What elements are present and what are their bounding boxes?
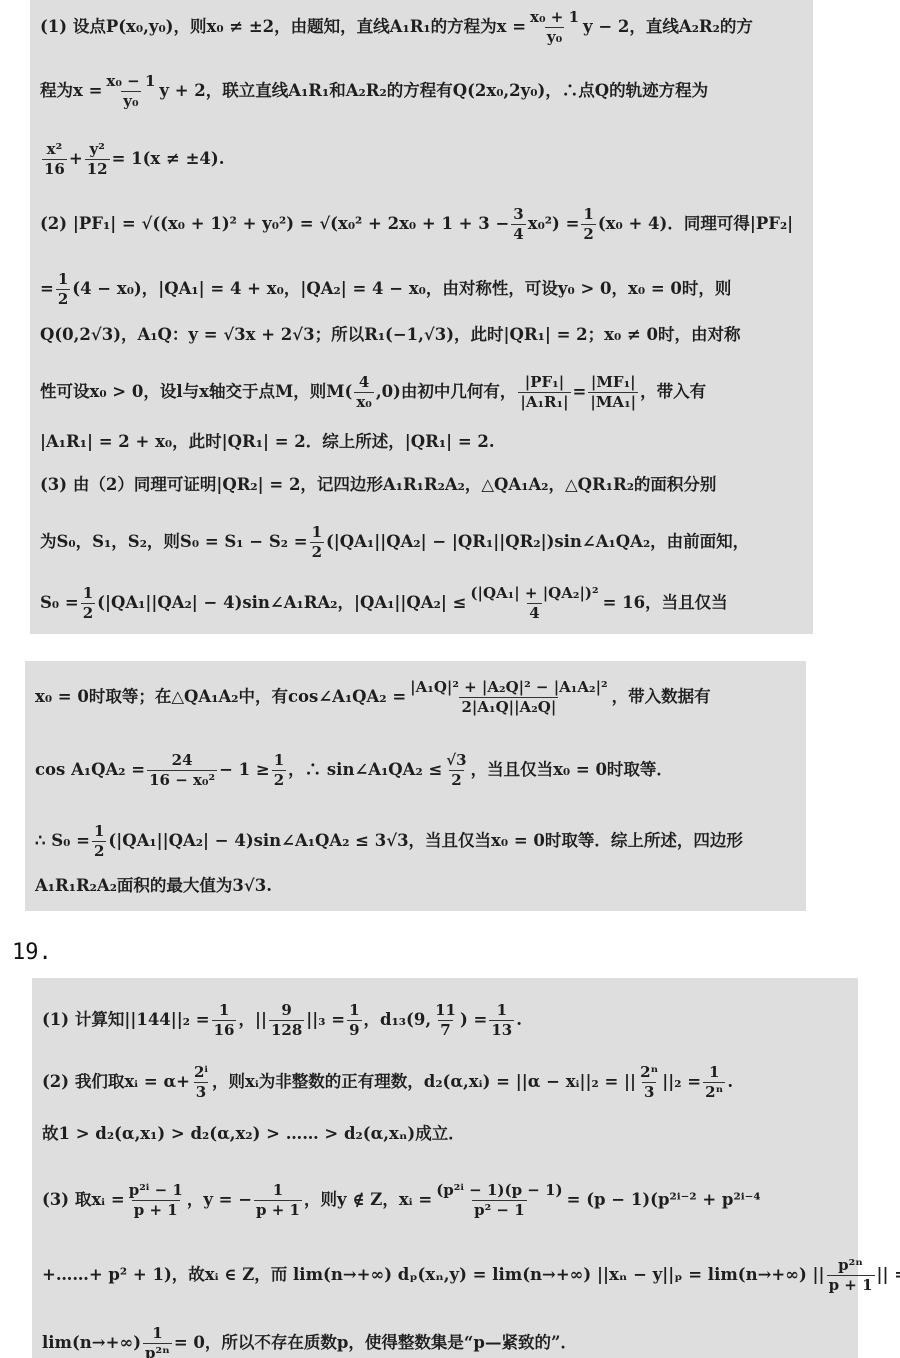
math-text: (2) 我们取xᵢ = α+	[42, 1074, 190, 1091]
fraction-numerator: (p²ⁱ − 1)(p − 1)	[434, 1183, 564, 1200]
fraction-numerator: 1	[150, 1326, 164, 1343]
fraction: x₀ − 1y₀	[104, 74, 157, 109]
solution-panel-18-part2: x₀ = 0时取等；在△QA₁A₂中，有cos∠A₁QA₂ = |A₁Q|² +…	[25, 661, 806, 911]
solution-line: ∴ S₀ = 12(|QA₁||QA₂| − 4)sin∠A₁QA₂ ≤ 3√3…	[35, 824, 743, 859]
fraction-numerator: 1	[56, 272, 70, 289]
math-text: S₀ =	[40, 595, 79, 612]
math-text: (1) 计算知||144||₂ =	[42, 1012, 210, 1029]
math-text: x₀²) =	[528, 216, 580, 233]
math-text: (3) 由（2）同理可证明|QR₂| = 2，记四边形A₁R₁R₂A₂，△QA₁…	[40, 477, 716, 494]
fraction: 12	[272, 753, 286, 788]
fraction-denominator: |MA₁|	[588, 392, 638, 410]
fraction: |MF₁||MA₁|	[588, 375, 638, 410]
fraction-denominator: 2	[81, 603, 95, 621]
question-number-label: 19.	[12, 940, 52, 965]
fraction-denominator: 2ⁿ	[703, 1082, 725, 1100]
fraction-denominator: 12	[85, 159, 110, 177]
math-text: ，||	[238, 1012, 267, 1029]
fraction-denominator: 2	[449, 770, 463, 788]
fraction-denominator: |A₁R₁|	[518, 392, 570, 410]
math-text: || =	[877, 1267, 900, 1284]
math-text: =	[40, 281, 54, 298]
math-text: (|QA₁||QA₂| − |QR₁||QR₂|)sin∠A₁QA₂，由前面知，	[326, 534, 749, 551]
math-text: ||₂ =	[662, 1074, 701, 1091]
fraction: 1p + 1	[254, 1183, 302, 1218]
fraction: y²12	[85, 142, 110, 177]
fraction-numerator: 1	[217, 1003, 231, 1020]
fraction-numerator: p²ⁿ	[836, 1258, 865, 1275]
fraction: 117	[433, 1003, 458, 1038]
fraction: 1p²ⁿ	[143, 1326, 172, 1358]
solution-line: 故1 > d₂(α,x₁) > d₂(α,x₂) > …… > d₂(α,xₙ)…	[42, 1126, 465, 1143]
fraction-denominator: x₀	[354, 392, 374, 410]
fraction-denominator: 9	[347, 1020, 361, 1038]
solution-line: (2) 我们取xᵢ = α+2ⁱ3，则xᵢ为非整数的正有理数，d₂(α,xᵢ) …	[42, 1065, 733, 1100]
fraction: (|QA₁| + |QA₂|)²4	[468, 586, 600, 621]
fraction: 12ⁿ	[703, 1065, 725, 1100]
fraction-denominator: 16	[212, 1020, 237, 1038]
solution-line: cos A₁QA₂ = 2416 − x₀² − 1 ≥ 12，∴ sin∠A₁…	[35, 753, 673, 788]
fraction-denominator: 3	[194, 1082, 208, 1100]
math-text: y − 2，直线A₂R₂的方	[583, 19, 753, 36]
math-text: ||₃ =	[306, 1012, 345, 1029]
fraction-denominator: 2	[92, 841, 106, 859]
solution-panel-19: (1) 计算知||144||₂ = 116，||9128||₃ = 19，d₁₃…	[32, 978, 858, 1358]
fraction-numerator: 1	[271, 1183, 285, 1200]
fraction-denominator: 3	[642, 1082, 656, 1100]
solution-line: 程为x = x₀ − 1y₀y + 2，联立直线A₁R₁和A₂R₂的方程有Q(2…	[40, 74, 708, 109]
fraction-numerator: 9	[279, 1003, 293, 1020]
math-text: = 16，当且仅当	[603, 595, 728, 612]
solution-line: x₀ = 0时取等；在△QA₁A₂中，有cos∠A₁QA₂ = |A₁Q|² +…	[35, 680, 711, 715]
math-text: cos A₁QA₂ =	[35, 762, 145, 779]
fraction-denominator: 2|A₁Q||A₂Q|	[459, 697, 558, 715]
fraction: 34	[511, 207, 525, 242]
math-text: x₀ = 0时取等；在△QA₁A₂中，有cos∠A₁QA₂ =	[35, 689, 406, 706]
fraction-numerator: x²	[45, 142, 65, 159]
math-text: (3) 取xᵢ =	[42, 1192, 125, 1209]
math-text: lim(n→+∞)	[42, 1335, 141, 1352]
solution-line: x²16 + y²12 = 1(x ≠ ±4).	[40, 142, 224, 177]
fraction-numerator: 2ⁱ	[192, 1065, 210, 1082]
math-text: .	[516, 1012, 522, 1029]
fraction-numerator: 1	[92, 824, 106, 841]
fraction-denominator: p² − 1	[472, 1200, 527, 1218]
fraction-denominator: 2	[272, 770, 286, 788]
solution-line: (2) |PF₁| = √((x₀ + 1)² + y₀²) = √(x₀² +…	[40, 207, 793, 242]
math-text: Q(0,2√3)，A₁Q：y = √3x + 2√3；所以R₁(−1,√3)，此…	[40, 327, 741, 344]
fraction: √32	[444, 753, 468, 788]
fraction: 19	[347, 1003, 361, 1038]
fraction: |A₁Q|² + |A₂Q|² − |A₁A₂|²2|A₁Q||A₂Q|	[408, 680, 609, 715]
math-text: (|QA₁||QA₂| − 4)sin∠A₁QA₂ ≤ 3√3，当且仅当x₀ =…	[108, 833, 743, 850]
solution-line: (1) 设点P(x₀,y₀)，则x₀ ≠ ±2，由题知，直线A₁R₁的方程为x …	[40, 10, 753, 45]
math-text: .	[727, 1074, 733, 1091]
fraction-numerator: x₀ + 1	[528, 10, 581, 27]
fraction: |PF₁||A₁R₁|	[518, 375, 570, 410]
math-text: (x₀ + 4)．同理可得|PF₂|	[598, 216, 793, 233]
fraction: x₀ + 1y₀	[528, 10, 581, 45]
solution-line: Q(0,2√3)，A₁Q：y = √3x + 2√3；所以R₁(−1,√3)，此…	[40, 327, 741, 344]
math-text: A₁R₁R₂A₂面积的最大值为3√3.	[35, 878, 272, 895]
math-text: (2) |PF₁| = √((x₀ + 1)² + y₀²) = √(x₀² +…	[40, 216, 509, 233]
fraction-denominator: p + 1	[132, 1200, 180, 1218]
fraction-denominator: 4	[527, 603, 541, 621]
fraction: 12	[56, 272, 70, 307]
fraction-numerator: |MF₁|	[589, 375, 638, 392]
math-text: +	[69, 151, 83, 168]
math-text: (4 − x₀)，|QA₁| = 4 + x₀，|QA₂| = 4 − x₀，由…	[72, 281, 731, 298]
solution-line: 性可设x₀ > 0，设l与x轴交于点M，则M(4x₀,0)由初中几何有，|PF₁…	[40, 375, 706, 410]
fraction-numerator: 1	[81, 586, 95, 603]
solution-panel-18-part1: (1) 设点P(x₀,y₀)，则x₀ ≠ ±2，由题知，直线A₁R₁的方程为x …	[30, 0, 813, 634]
fraction-denominator: 4	[511, 224, 525, 242]
fraction-numerator: |PF₁|	[523, 375, 566, 392]
solution-line: +……+ p² + 1)，故xᵢ ∈ Z，而 lim(n→+∞) dₚ(xₙ,y…	[42, 1258, 900, 1293]
fraction-denominator: 2	[310, 542, 324, 560]
fraction: 9128	[269, 1003, 304, 1038]
math-text: ，y = −	[187, 1192, 252, 1209]
fraction-denominator: 13	[489, 1020, 514, 1038]
fraction-numerator: 1	[707, 1065, 721, 1082]
fraction: x²16	[42, 142, 67, 177]
fraction-numerator: 1	[347, 1003, 361, 1020]
math-text: =	[573, 384, 587, 401]
math-text: |A₁R₁| = 2 + x₀，此时|QR₁| = 2．综上所述，|QR₁| =…	[40, 434, 495, 451]
fraction: 12	[581, 207, 595, 242]
fraction-numerator: 4	[357, 375, 371, 392]
fraction-numerator: p²ⁱ − 1	[127, 1183, 185, 1200]
fraction: 12	[92, 824, 106, 859]
math-text: − 1 ≥	[219, 762, 270, 779]
fraction-denominator: 2	[581, 224, 595, 242]
math-text: 故1 > d₂(α,x₁) > d₂(α,x₂) > …… > d₂(α,xₙ)…	[42, 1126, 465, 1143]
solution-line: (3) 由（2）同理可证明|QR₂| = 2，记四边形A₁R₁R₂A₂，△QA₁…	[40, 477, 716, 494]
fraction: 4x₀	[354, 375, 374, 410]
math-text: = 0，所以不存在质数p，使得整数集是“p—紧致的”．	[174, 1335, 577, 1352]
fraction-numerator: 2ⁿ	[638, 1065, 660, 1082]
fraction: 116	[212, 1003, 237, 1038]
math-text: ,0)由初中几何有，	[376, 384, 517, 401]
math-text: ，d₁₃(9,	[364, 1012, 432, 1029]
fraction: p²ⁱ − 1p + 1	[127, 1183, 185, 1218]
math-text: ) =	[460, 1012, 487, 1029]
fraction-numerator: x₀ − 1	[104, 74, 157, 91]
fraction-numerator: (|QA₁| + |QA₂|)²	[468, 586, 600, 603]
fraction-denominator: 16 − x₀²	[147, 770, 217, 788]
solution-line: = 12(4 − x₀)，|QA₁| = 4 + x₀，|QA₂| = 4 − …	[40, 272, 731, 307]
fraction: 113	[489, 1003, 514, 1038]
fraction-numerator: 1	[495, 1003, 509, 1020]
fraction-numerator: 11	[433, 1003, 458, 1020]
math-text: ，则xᵢ为非整数的正有理数，d₂(α,xᵢ) = ||α − xᵢ||₂ = |…	[212, 1074, 636, 1091]
fraction: 2ⁿ3	[638, 1065, 660, 1100]
solution-line: A₁R₁R₂A₂面积的最大值为3√3.	[35, 878, 272, 895]
fraction: 12	[81, 586, 95, 621]
fraction-denominator: 2	[56, 289, 70, 307]
fraction: 2ⁱ3	[192, 1065, 210, 1100]
fraction-numerator: y²	[87, 142, 106, 159]
fraction-denominator: p²ⁿ	[143, 1343, 172, 1358]
fraction: p²ⁿp + 1	[827, 1258, 875, 1293]
fraction-numerator: 24	[170, 753, 195, 770]
math-text: ，则y ∉ Z，xᵢ =	[304, 1192, 432, 1209]
fraction-denominator: 7	[438, 1020, 452, 1038]
solution-line: (1) 计算知||144||₂ = 116，||9128||₃ = 19，d₁₃…	[42, 1003, 522, 1038]
solution-line: lim(n→+∞) 1p²ⁿ = 0，所以不存在质数p，使得整数集是“p—紧致的…	[42, 1326, 577, 1358]
math-text: ，∴ sin∠A₁QA₂ ≤	[288, 762, 442, 779]
solution-line: |A₁R₁| = 2 + x₀，此时|QR₁| = 2．综上所述，|QR₁| =…	[40, 434, 495, 451]
fraction-denominator: 128	[269, 1020, 304, 1038]
math-text: ∴ S₀ =	[35, 833, 90, 850]
math-text: 性可设x₀ > 0，设l与x轴交于点M，则M(	[40, 384, 352, 401]
math-text: ，当且仅当x₀ = 0时取等．	[471, 762, 673, 779]
math-text: 程为x =	[40, 83, 102, 100]
fraction-numerator: |A₁Q|² + |A₂Q|² − |A₁A₂|²	[408, 680, 609, 697]
math-text: ，带入有	[640, 384, 706, 401]
fraction-denominator: 16	[42, 159, 67, 177]
math-text: = 1(x ≠ ±4).	[112, 151, 225, 168]
fraction: (p²ⁱ − 1)(p − 1)p² − 1	[434, 1183, 564, 1218]
fraction-denominator: p + 1	[254, 1200, 302, 1218]
fraction-numerator: 1	[581, 207, 595, 224]
fraction-numerator: 1	[310, 525, 324, 542]
math-text: (1) 设点P(x₀,y₀)，则x₀ ≠ ±2，由题知，直线A₁R₁的方程为x …	[40, 19, 526, 36]
fraction-numerator: √3	[444, 753, 468, 770]
fraction-denominator: y₀	[121, 91, 140, 109]
math-text: y + 2，联立直线A₁R₁和A₂R₂的方程有Q(2x₀,2y₀)，∴点Q的轨迹…	[159, 83, 708, 100]
solution-line: (3) 取xᵢ = p²ⁱ − 1p + 1，y = −1p + 1，则y ∉ …	[42, 1183, 761, 1218]
fraction: 12	[310, 525, 324, 560]
math-text: (|QA₁||QA₂| − 4)sin∠A₁RA₂，|QA₁||QA₂| ≤	[97, 595, 466, 612]
math-text: +……+ p² + 1)，故xᵢ ∈ Z，而 lim(n→+∞) dₚ(xₙ,y…	[42, 1267, 825, 1284]
fraction-numerator: 3	[511, 207, 525, 224]
math-text: 为S₀，S₁，S₂，则S₀ = S₁ − S₂ =	[40, 534, 308, 551]
math-text: ，带入数据有	[612, 689, 711, 706]
fraction-denominator: y₀	[545, 27, 564, 45]
math-text: = (p − 1)(p²ⁱ⁻² + p²ⁱ⁻⁴	[567, 1192, 761, 1209]
solution-line: 为S₀，S₁，S₂，则S₀ = S₁ − S₂ = 12(|QA₁||QA₂| …	[40, 525, 749, 560]
solution-line: S₀ = 12(|QA₁||QA₂| − 4)sin∠A₁RA₂，|QA₁||Q…	[40, 586, 728, 621]
fraction-numerator: 1	[272, 753, 286, 770]
fraction: 2416 − x₀²	[147, 753, 217, 788]
fraction-denominator: p + 1	[827, 1275, 875, 1293]
